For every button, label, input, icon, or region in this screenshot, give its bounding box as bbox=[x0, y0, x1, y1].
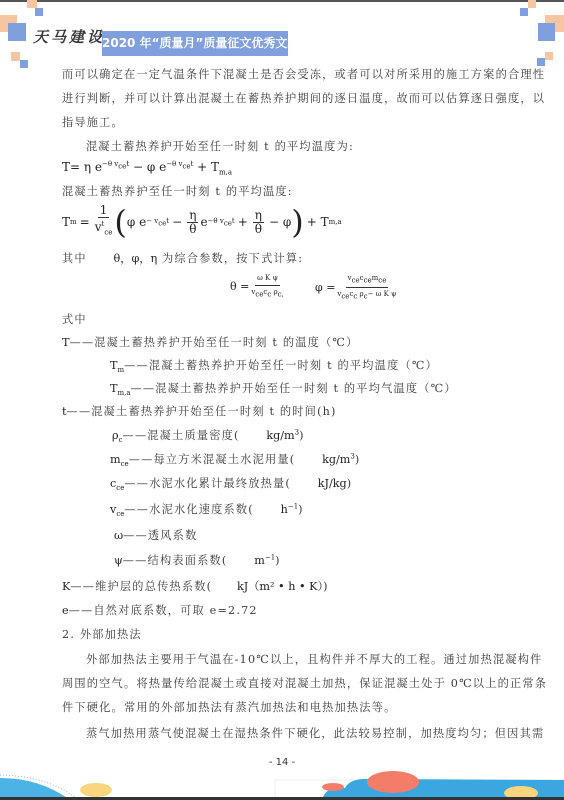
decor-square bbox=[538, 23, 555, 41]
decor-square bbox=[528, 0, 536, 8]
definition-item: Tm,a——混凝土蓄热养护开始至任一时刻 t 的平均气温度（℃） bbox=[110, 380, 457, 397]
decor-square bbox=[520, 8, 528, 16]
formula-Tm: Tm = 1vtce ( φ e− vcet − ηθ e−θ vcet + η… bbox=[62, 202, 342, 242]
section-heading: 2. 外部加热法 bbox=[62, 626, 142, 642]
paragraph-line: 指导施工。 bbox=[62, 114, 124, 130]
paragraph-line: 混凝土蓄热养护开始至任一时刻 t 的平均温度为: bbox=[62, 138, 354, 154]
formula-T: T= η e−θ vcet − φ e−θ vcet + Tm,a bbox=[62, 160, 232, 176]
decor-square bbox=[11, 52, 20, 61]
paragraph-line: 蒸气加热用蒸气使混凝土在湿热条件下硬化，此法较易控制，加热度均匀；但因其需 bbox=[62, 725, 544, 741]
definition-item: ω——透风系数 bbox=[114, 527, 197, 543]
definition-item: cce——水泥水化累计最终放热量( kJ/kg) bbox=[110, 475, 352, 492]
where-label: 式中 bbox=[62, 311, 87, 327]
page-number: - 14 - bbox=[0, 757, 564, 768]
decor-square bbox=[8, 23, 26, 41]
definition-item: K——维护层的总传热系数( kJ（m² • h • K）) bbox=[62, 578, 329, 594]
formula-theta: θ = ω K ψvcecc ρc, bbox=[230, 272, 286, 301]
definition-item: ψ——结构表面系数( m−1) bbox=[114, 552, 281, 568]
footer-decoration bbox=[0, 770, 564, 800]
decor-square bbox=[537, 58, 545, 66]
decor-square bbox=[20, 60, 28, 68]
paragraph-line: 而可以确定在一定气温条件下混凝土是否会受冻，或者可以对所采用的施工方案的合理性 bbox=[62, 66, 545, 82]
definition-item: vce——水泥水化速度系数( h−1) bbox=[110, 501, 304, 518]
paragraph-line: 外部加热法主要用于气温在-10℃以上，且构件并不厚大的工程。通过加热混凝构件 bbox=[62, 651, 543, 667]
decor-square bbox=[35, 8, 43, 16]
paragraph-line: 进行判断，并可以计算出混凝土在蓄热养护期间的逐日温度，故而可以估算逐日强度，以 bbox=[62, 90, 545, 106]
definition-item: t——混凝土蓄热养护开始至任一时刻 t 的时间(h) bbox=[62, 403, 337, 419]
definition-item: T——混凝土蓄热养护开始至任一时刻 t 的温度（℃） bbox=[62, 334, 359, 350]
top-border bbox=[0, 0, 564, 2]
paragraph-line: 周围的空气。将热量传给混凝土或直接对混凝土加热，保证混凝土处于 0℃以上的正常条 bbox=[62, 675, 547, 691]
formula-phi: φ = vceccemcevcecc ρc− ω K ψ bbox=[315, 272, 399, 304]
params-intro: 其中 θ，φ，η 为综合参数，按下式计算: bbox=[62, 250, 303, 266]
paragraph-line: 混凝土蓄热养护至任一时刻 t 的平均温度: bbox=[62, 183, 293, 199]
brand-logo-text: 天马建设 bbox=[33, 26, 105, 47]
definition-item: mce——每立方米混凝土水泥用量( kg/m3) bbox=[110, 451, 360, 468]
decor-square bbox=[545, 52, 553, 60]
paragraph-line: 件下硬化。常用的外部加热法有蒸汽加热法和电热加热法等。 bbox=[62, 699, 396, 715]
article-banner-title: 2020 年“质量月”质量征文优秀文章 bbox=[102, 31, 288, 56]
definition-item: e——自然对底系数，可取 e=2.72 bbox=[62, 602, 258, 618]
decor-square bbox=[27, 0, 37, 8]
definition-item: ρc——混凝土质量密度( kg/m3) bbox=[112, 427, 305, 444]
definition-item: Tm——混凝土蓄热养护开始至任一时刻 t 的平均温度（℃） bbox=[110, 357, 438, 374]
